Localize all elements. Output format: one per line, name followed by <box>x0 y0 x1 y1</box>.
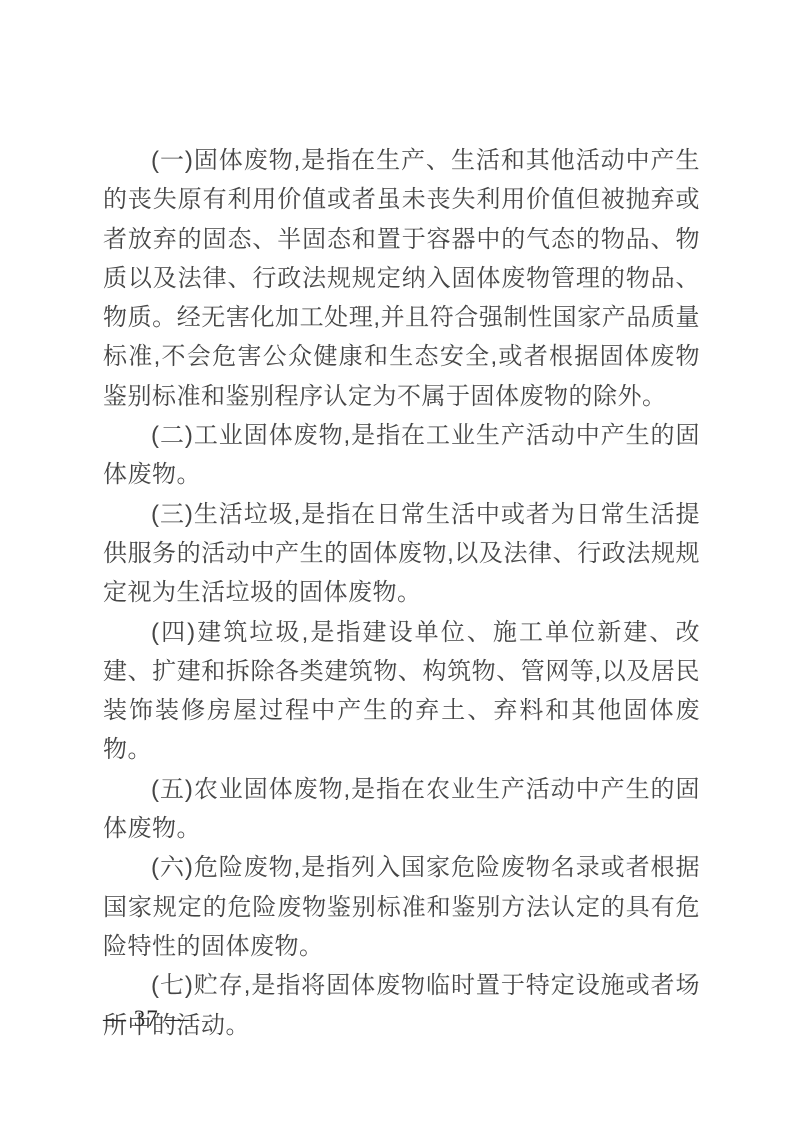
paragraph-definition-construction-waste: (四)建筑垃圾,是指建设单位、施工单位新建、改建、扩建和拆除各类建筑物、构筑物、… <box>103 613 700 770</box>
document-page: (一)固体废物,是指在生产、生活和其他活动中产生的丧失原有利用价值或者虽未丧失利… <box>0 0 793 1122</box>
paragraph-definition-solid-waste: (一)固体废物,是指在生产、生活和其他活动中产生的丧失原有利用价值或者虽未丧失利… <box>103 141 700 416</box>
paragraph-definition-agricultural-solid-waste: (五)农业固体废物,是指在农业生产活动中产生的固体废物。 <box>103 770 700 849</box>
paragraph-definition-industrial-solid-waste: (二)工业固体废物,是指在工业生产活动中产生的固体废物。 <box>103 416 700 495</box>
paragraph-definition-household-garbage: (三)生活垃圾,是指在日常生活中或者为日常生活提供服务的活动中产生的固体废物,以… <box>103 495 700 613</box>
paragraph-definition-hazardous-waste: (六)危险废物,是指列入国家危险废物名录或者根据国家规定的危险废物鉴别标准和鉴别… <box>103 848 700 966</box>
page-number: — 37 — <box>103 1003 190 1035</box>
paragraph-definition-storage: (七)贮存,是指将固体废物临时置于特定设施或者场所中的活动。 <box>103 966 700 1045</box>
body-text: (一)固体废物,是指在生产、生活和其他活动中产生的丧失原有利用价值或者虽未丧失利… <box>103 141 700 1045</box>
